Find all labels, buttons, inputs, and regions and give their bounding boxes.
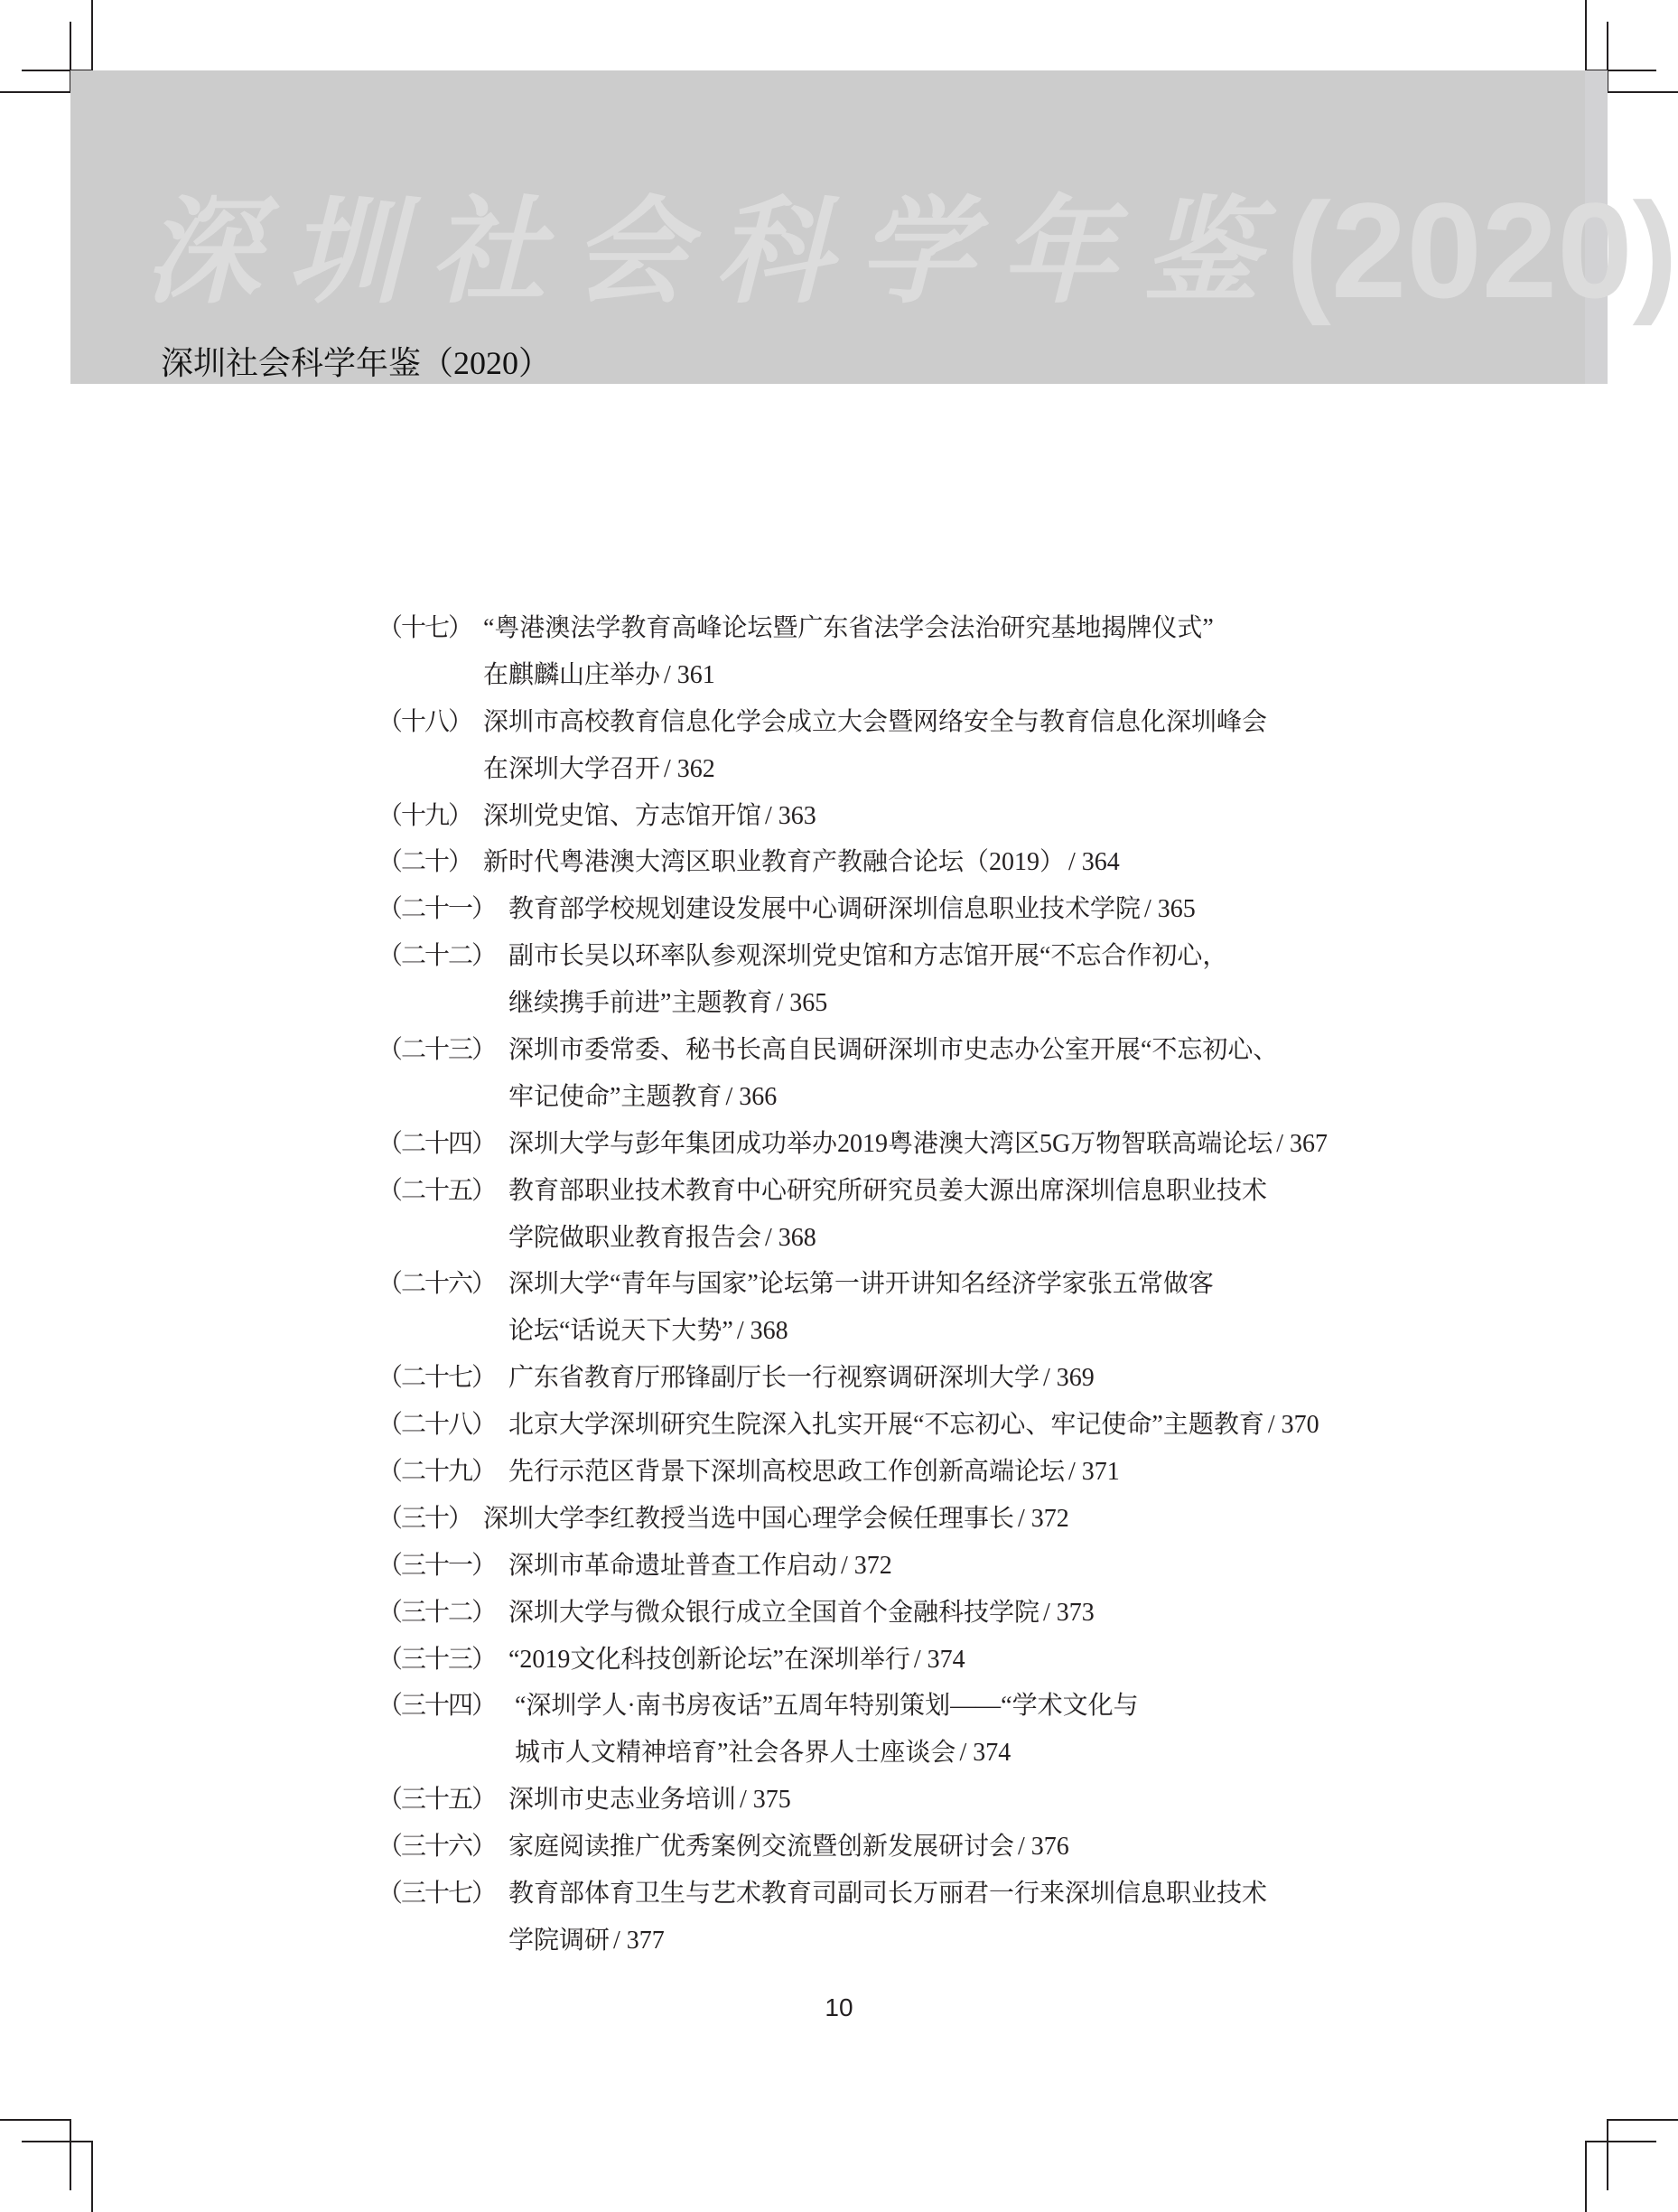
- toc-entry[interactable]: （二十四）深圳大学与彭年集团成功举办2019粤港澳大湾区5G万物智联高端论坛/ …: [378, 1121, 1416, 1168]
- toc-page-reference[interactable]: / 363: [765, 793, 816, 840]
- toc-page-reference[interactable]: / 372: [1018, 1496, 1069, 1543]
- toc-entry-line: （三十七）教育部体育卫生与艺术教育司副司长万丽君一行来深圳信息职业技术: [378, 1871, 1416, 1918]
- crop-mark: [1585, 0, 1587, 71]
- toc-entry-title: 学院调研: [508, 1918, 610, 1965]
- toc-page-reference[interactable]: / 371: [1068, 1449, 1120, 1496]
- toc-page-reference[interactable]: / 365: [1144, 886, 1196, 933]
- toc-entry-title: 深圳市史志业务培训: [508, 1777, 736, 1824]
- toc-entry-line: （二十九）先行示范区背景下深圳高校思政工作创新高端论坛/ 371: [378, 1449, 1416, 1496]
- toc-entry-title: 在麒麟山庄举办: [483, 652, 660, 699]
- toc-entry[interactable]: （二十六）深圳大学“青年与国家”论坛第一讲开讲知名经济学家张五常做客论坛“话说天…: [378, 1261, 1416, 1355]
- toc-entry-line: （三十）深圳大学李红教授当选中国心理学会候任理事长/ 372: [378, 1496, 1416, 1543]
- toc-entry-continuation: 学院做职业教育报告会/ 368: [378, 1215, 1416, 1262]
- toc-entry-line: （二十四）深圳大学与彭年集团成功举办2019粤港澳大湾区5G万物智联高端论坛/ …: [378, 1121, 1416, 1168]
- toc-entry-continuation: 学院调研/ 377: [378, 1918, 1416, 1965]
- toc-entry-number: （二十一）: [378, 886, 508, 933]
- toc-entry-number: （二十六）: [378, 1261, 508, 1308]
- toc-entry-line: （三十六）家庭阅读推广优秀案例交流暨创新发展研讨会/ 376: [378, 1824, 1416, 1871]
- toc-entry-title: 深圳市委常委、秘书长高自民调研深圳市史志办公室开展“不忘初心、: [508, 1027, 1278, 1074]
- toc-entry-title: 家庭阅读推广优秀案例交流暨创新发展研讨会: [508, 1824, 1014, 1871]
- toc-entry-title: 深圳大学李红教授当选中国心理学会候任理事长: [483, 1496, 1014, 1543]
- toc-entry-number: （十九）: [378, 793, 483, 840]
- header-watermark: 深圳社会科学年鉴(2020): [144, 177, 1678, 313]
- toc-entry[interactable]: （二十二）副市长吴以环率队参观深圳党史馆和方志馆开展“不忘合作初心，继续携手前进…: [378, 933, 1416, 1027]
- toc-entry-line: （二十八）北京大学深圳研究生院深入扎实开展“不忘初心、牢记使命”主题教育/ 37…: [378, 1402, 1416, 1449]
- toc-page-reference[interactable]: / 361: [664, 652, 715, 699]
- watermark-title: 深圳社会科学年鉴: [144, 184, 1286, 320]
- toc-entry-line: （二十一）教育部学校规划建设发展中心调研深圳信息职业技术学院/ 365: [378, 886, 1416, 933]
- toc-entry-number: （二十三）: [378, 1027, 508, 1074]
- toc-page-reference[interactable]: / 376: [1018, 1824, 1069, 1871]
- toc-page-reference[interactable]: / 375: [740, 1777, 791, 1824]
- crop-mark: [91, 0, 93, 71]
- toc-entry-title: 深圳大学“青年与国家”论坛第一讲开讲知名经济学家张五常做客: [508, 1261, 1214, 1308]
- toc-entry-title: 学院做职业教育报告会: [508, 1215, 761, 1262]
- watermark-year: (2020): [1286, 174, 1678, 326]
- toc-entry-title: 广东省教育厅邢锋副厅长一行视察调研深圳大学: [508, 1355, 1039, 1402]
- toc-page-reference[interactable]: / 368: [765, 1215, 816, 1262]
- toc-entry-line: （二十）新时代粤港澳大湾区职业教育产教融合论坛（2019）/ 364: [378, 839, 1416, 886]
- toc-entry-title: 北京大学深圳研究生院深入扎实开展“不忘初心、牢记使命”主题教育: [508, 1402, 1264, 1449]
- toc-entry-number: （十七）: [378, 605, 483, 652]
- toc-page-reference[interactable]: / 373: [1043, 1590, 1095, 1637]
- toc-entry-title: 牢记使命”主题教育: [508, 1074, 722, 1121]
- toc-entry-number: （三十二）: [378, 1590, 508, 1637]
- toc-entry[interactable]: （三十六）家庭阅读推广优秀案例交流暨创新发展研讨会/ 376: [378, 1824, 1416, 1871]
- toc-entry-number: （二十二）: [378, 933, 508, 980]
- crop-mark: [1607, 91, 1678, 93]
- toc-entry-title: 教育部体育卫生与艺术教育司副司长万丽君一行来深圳信息职业技术: [508, 1871, 1267, 1918]
- toc-entry[interactable]: （二十）新时代粤港澳大湾区职业教育产教融合论坛（2019）/ 364: [378, 839, 1416, 886]
- running-title: 深圳社会科学年鉴（2020）: [161, 344, 551, 383]
- toc-entry-title: “深圳学人·南书房夜话”五周年特别策划——“学术文化与: [515, 1683, 1139, 1730]
- crop-mark: [0, 91, 71, 93]
- toc-entry-line: （十八）深圳市高校教育信息化学会成立大会暨网络安全与教育信息化深圳峰会: [378, 699, 1416, 746]
- toc-entry-line: （三十一）深圳市革命遗址普查工作启动/ 372: [378, 1543, 1416, 1590]
- toc-entry-title: 新时代粤港澳大湾区职业教育产教融合论坛（2019）: [483, 839, 1065, 886]
- header-band: 深圳社会科学年鉴(2020) 深圳社会科学年鉴（2020）: [70, 70, 1608, 384]
- toc-entry[interactable]: （三十二）深圳大学与微众银行成立全国首个金融科技学院/ 373: [378, 1590, 1416, 1637]
- toc-entry[interactable]: （二十三）深圳市委常委、秘书长高自民调研深圳市史志办公室开展“不忘初心、牢记使命…: [378, 1027, 1416, 1121]
- toc-entry-number: （二十）: [378, 839, 483, 886]
- toc-entry-number: （二十八）: [378, 1402, 508, 1449]
- toc-entry-number: （十八）: [378, 699, 483, 746]
- toc-entry-line: （三十四）“深圳学人·南书房夜话”五周年特别策划——“学术文化与: [378, 1683, 1416, 1730]
- toc-entry-continuation: 牢记使命”主题教育/ 366: [378, 1074, 1416, 1121]
- toc-entry-title: 教育部学校规划建设发展中心调研深圳信息职业技术学院: [508, 886, 1141, 933]
- toc-page-reference[interactable]: / 364: [1068, 839, 1120, 886]
- toc-entry[interactable]: （十八）深圳市高校教育信息化学会成立大会暨网络安全与教育信息化深圳峰会在深圳大学…: [378, 699, 1416, 793]
- toc-entry-title: 深圳大学与微众银行成立全国首个金融科技学院: [508, 1590, 1039, 1637]
- toc-entry-title: 先行示范区背景下深圳高校思政工作创新高端论坛: [508, 1449, 1065, 1496]
- toc-entry-title: 城市人文精神培育”社会各界人士座谈会: [515, 1730, 956, 1777]
- toc-entry[interactable]: （三十四）“深圳学人·南书房夜话”五周年特别策划——“学术文化与城市人文精神培育…: [378, 1683, 1416, 1777]
- toc-entry-number: （三十七）: [378, 1871, 508, 1918]
- toc-page-reference[interactable]: / 365: [776, 980, 827, 1027]
- toc-entry-title: 深圳党史馆、方志馆开馆: [483, 793, 761, 840]
- toc-entry-title: 论坛“话说天下大势”: [508, 1308, 733, 1355]
- toc-entry[interactable]: （二十七）广东省教育厅邢锋副厅长一行视察调研深圳大学/ 369: [378, 1355, 1416, 1402]
- crop-mark: [70, 2119, 71, 2190]
- toc-entry-line: （三十五）深圳市史志业务培训/ 375: [378, 1777, 1416, 1824]
- toc-entry-line: （二十三）深圳市委常委、秘书长高自民调研深圳市史志办公室开展“不忘初心、: [378, 1027, 1416, 1074]
- toc-entry-title: 在深圳大学召开: [483, 746, 660, 793]
- toc-entry-number: （二十七）: [378, 1355, 508, 1402]
- toc-entry[interactable]: （三十五）深圳市史志业务培训/ 375: [378, 1777, 1416, 1824]
- toc-entry-line: （三十二）深圳大学与微众银行成立全国首个金融科技学院/ 373: [378, 1590, 1416, 1637]
- toc-entry-title: 继续携手前进”主题教育: [508, 980, 772, 1027]
- toc-page-reference[interactable]: / 372: [841, 1543, 892, 1590]
- toc-page-reference[interactable]: / 367: [1276, 1121, 1328, 1168]
- toc-entry-number: （三十四）: [378, 1683, 515, 1730]
- toc-entry-line: （三十三）“2019文化科技创新论坛”在深圳举行/ 374: [378, 1637, 1416, 1684]
- toc-entry-title: 深圳大学与彭年集团成功举办2019粤港澳大湾区5G万物智联高端论坛: [508, 1121, 1272, 1168]
- toc-page-reference[interactable]: / 374: [914, 1637, 965, 1684]
- toc-entry-continuation: 在深圳大学召开/ 362: [378, 746, 1416, 793]
- toc-entry-number: （二十四）: [378, 1121, 508, 1168]
- toc-entry-line: （二十七）广东省教育厅邢锋副厅长一行视察调研深圳大学/ 369: [378, 1355, 1416, 1402]
- toc-entry-title: “粤港澳法学教育高峰论坛暨广东省法学会法治研究基地揭牌仪式”: [483, 605, 1214, 652]
- toc-entry-number: （三十三）: [378, 1637, 508, 1684]
- toc-entry-number: （三十六）: [378, 1824, 508, 1871]
- toc-page-reference[interactable]: / 362: [664, 746, 715, 793]
- crop-mark: [91, 2141, 93, 2212]
- toc-entry-continuation: 继续携手前进”主题教育/ 365: [378, 980, 1416, 1027]
- toc-entry-title: “2019文化科技创新论坛”在深圳举行: [508, 1637, 910, 1684]
- toc-entry-number: （二十九）: [378, 1449, 508, 1496]
- toc-entry-number: （三十五）: [378, 1777, 508, 1824]
- toc-page-reference[interactable]: / 377: [613, 1918, 665, 1965]
- toc-entry-title: 副市长吴以环率队参观深圳党史馆和方志馆开展“不忘合作初心，: [508, 933, 1227, 980]
- toc-entry-line: （十九）深圳党史馆、方志馆开馆/ 363: [378, 793, 1416, 840]
- toc-page-reference[interactable]: / 374: [959, 1730, 1011, 1777]
- toc-page-reference[interactable]: / 366: [725, 1074, 777, 1121]
- toc-entry[interactable]: （十九）深圳党史馆、方志馆开馆/ 363: [378, 793, 1416, 840]
- crop-mark: [1607, 2119, 1678, 2121]
- toc-entry-line: （二十二）副市长吴以环率队参观深圳党史馆和方志馆开展“不忘合作初心，: [378, 933, 1416, 980]
- toc-entry[interactable]: （三十三）“2019文化科技创新论坛”在深圳举行/ 374: [378, 1637, 1416, 1684]
- toc-entry[interactable]: （二十一）教育部学校规划建设发展中心调研深圳信息职业技术学院/ 365: [378, 886, 1416, 933]
- toc-entry[interactable]: （三十七）教育部体育卫生与艺术教育司副司长万丽君一行来深圳信息职业技术学院调研/…: [378, 1871, 1416, 1965]
- toc-entry-title: 教育部职业技术教育中心研究所研究员姜大源出席深圳信息职业技术: [508, 1168, 1267, 1215]
- crop-mark: [1607, 2119, 1608, 2190]
- table-of-contents: （十七）“粤港澳法学教育高峰论坛暨广东省法学会法治研究基地揭牌仪式”在麒麟山庄举…: [378, 605, 1416, 1965]
- toc-entry-number: （二十五）: [378, 1168, 508, 1215]
- crop-mark: [22, 2141, 93, 2142]
- toc-entry[interactable]: （二十八）北京大学深圳研究生院深入扎实开展“不忘初心、牢记使命”主题教育/ 37…: [378, 1402, 1416, 1449]
- toc-entry[interactable]: （三十）深圳大学李红教授当选中国心理学会候任理事长/ 372: [378, 1496, 1416, 1543]
- toc-entry-number: （三十一）: [378, 1543, 508, 1590]
- toc-entry[interactable]: （二十五）教育部职业技术教育中心研究所研究员姜大源出席深圳信息职业技术学院做职业…: [378, 1168, 1416, 1262]
- toc-entry-continuation: 论坛“话说天下大势”/ 368: [378, 1308, 1416, 1355]
- toc-page-reference[interactable]: / 369: [1043, 1355, 1095, 1402]
- crop-mark: [1585, 2141, 1656, 2142]
- crop-mark: [1585, 2141, 1587, 2212]
- toc-entry[interactable]: （二十九）先行示范区背景下深圳高校思政工作创新高端论坛/ 371: [378, 1449, 1416, 1496]
- toc-entry-title: 深圳市革命遗址普查工作启动: [508, 1543, 837, 1590]
- toc-entry[interactable]: （三十一）深圳市革命遗址普查工作启动/ 372: [378, 1543, 1416, 1590]
- toc-entry-continuation: 在麒麟山庄举办/ 361: [378, 652, 1416, 699]
- toc-entry[interactable]: （十七）“粤港澳法学教育高峰论坛暨广东省法学会法治研究基地揭牌仪式”在麒麟山庄举…: [378, 605, 1416, 699]
- toc-entry-line: （二十五）教育部职业技术教育中心研究所研究员姜大源出席深圳信息职业技术: [378, 1168, 1416, 1215]
- toc-page-reference[interactable]: / 370: [1268, 1402, 1319, 1449]
- toc-entry-title: 深圳市高校教育信息化学会成立大会暨网络安全与教育信息化深圳峰会: [483, 699, 1267, 746]
- toc-entry-line: （十七）“粤港澳法学教育高峰论坛暨广东省法学会法治研究基地揭牌仪式”: [378, 605, 1416, 652]
- page-number: 10: [0, 1993, 1678, 2022]
- crop-mark: [0, 2119, 71, 2121]
- toc-entry-line: （二十六）深圳大学“青年与国家”论坛第一讲开讲知名经济学家张五常做客: [378, 1261, 1416, 1308]
- toc-entry-continuation: 城市人文精神培育”社会各界人士座谈会/ 374: [378, 1730, 1416, 1777]
- toc-page-reference[interactable]: / 368: [737, 1308, 788, 1355]
- toc-entry-number: （三十）: [378, 1496, 483, 1543]
